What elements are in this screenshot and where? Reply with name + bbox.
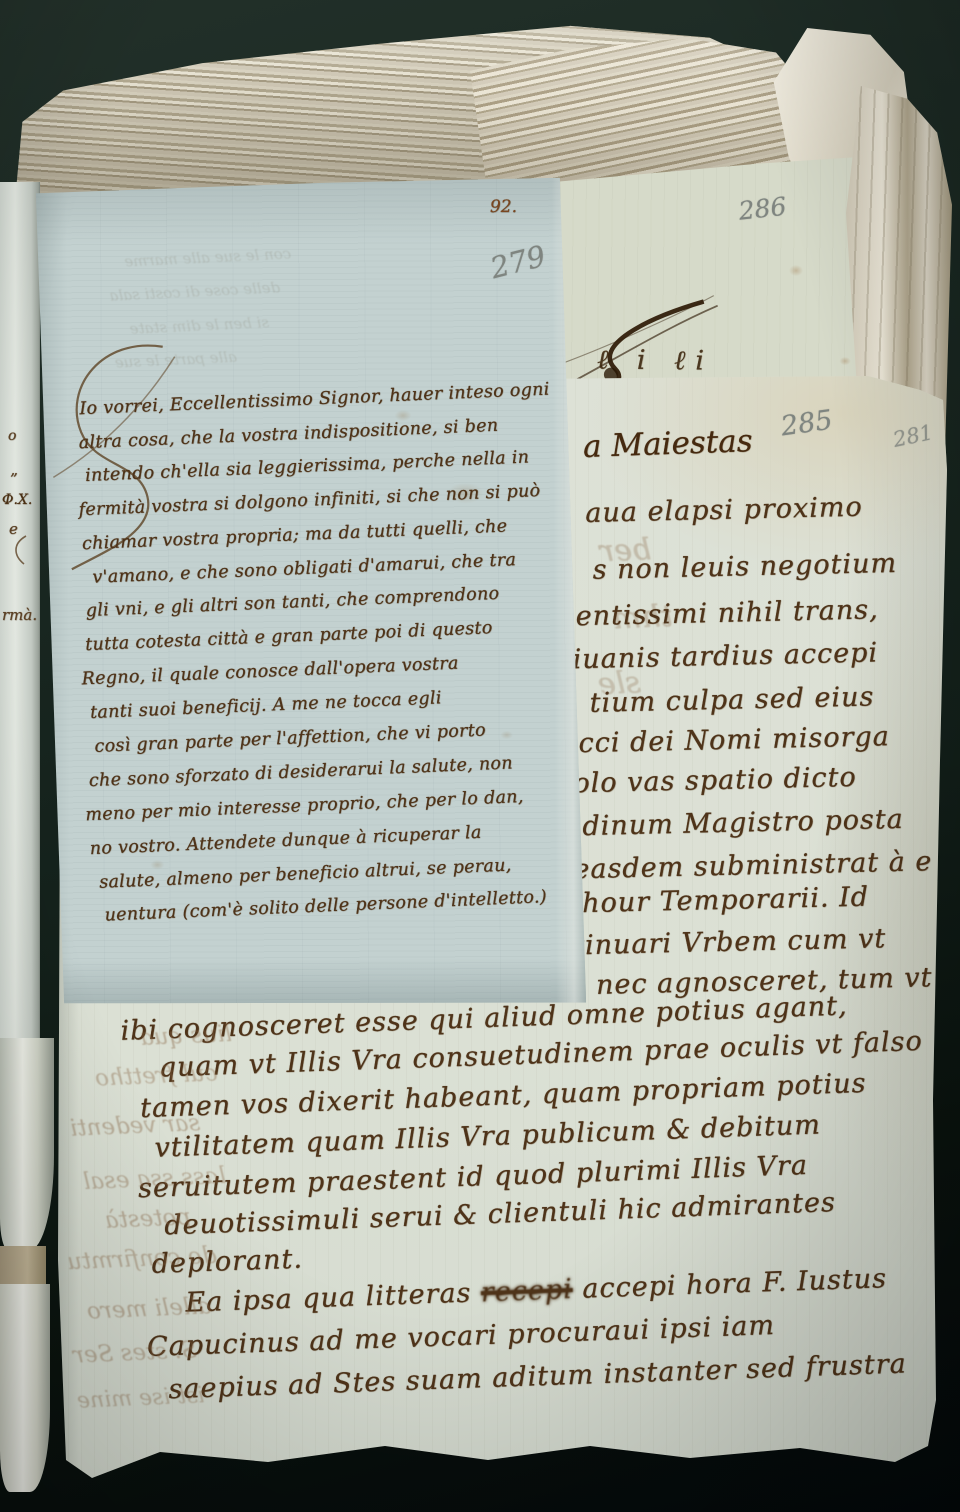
latin-column-line: tinuari Vrbem cum vt [573,923,887,961]
latin-column-line: tium culpa sed eius [589,681,874,718]
folio-281-pencil: 281 [891,420,935,452]
latin-column-line: aua elapsi proximo [585,492,863,529]
margin-flourish [6,534,34,568]
italian-line: uentura (com'è solito delle persone d'in… [104,887,547,926]
italian-letter-leaf: 92. 279 con le sue alle marme delle cose… [34,175,588,1020]
folio-279-pencil: 279 [487,239,549,286]
latin-column-line: hour Temporarii. Id [582,882,869,920]
closing-text: accepi hora F. Iustus [572,1263,887,1305]
folio-92-ink: 92. [490,197,517,217]
bleedthrough-fragment: lius qua [139,1021,232,1051]
latin-column-line: olo vas spatio dicto [573,762,857,799]
back-leaf-script-fragment: ℓ i ℓi [597,344,714,376]
latin-column-line: iuanis tardius accepi [572,637,878,675]
margin-fragment: Φ.X. [2,492,32,508]
latin-column-line: dinum Magistro posta [582,804,904,842]
italian-line: no vostro. Attendete dunque à ricuperar … [89,823,482,859]
closing-text: Ea ipsa qua litteras [185,1277,481,1318]
curled-page-edge [0,1284,50,1492]
bleedthrough-fragment: ist ise mine [77,1383,206,1414]
left-page-strip: o ” Φ.X. e rmà. [0,182,40,1084]
bleedthrough-fragment: delle cose di costi sala [109,278,280,304]
margin-fragment: o [8,428,16,444]
bleedthrough-fragment: cul frettho [94,1060,218,1091]
latin-column-line: s non leuis negotium [592,548,897,586]
italian-line: che sono sforzato di desiderarui la salu… [89,753,514,791]
strikethrough-word: recepi [480,1274,573,1308]
italian-line: Regno, il quale conosce dall'opera vostr… [81,654,459,690]
folio-286-pencil: 286 [737,192,788,226]
margin-fragment: ” [10,470,18,488]
bleedthrough-fragment: alleli mero [86,1293,211,1324]
bleedthrough-fragment: potestà [104,1204,191,1234]
latin-column-line: easdem subministrat à e [573,846,933,885]
latin-closing-line: Capucinus ad me vocari procuraui ipsi ia… [146,1310,775,1363]
folio-285-pencil: 285 [779,405,834,443]
bleedthrough-fragment: con le sue alle marme [124,244,292,270]
italian-line: tutta cotesta città e gran parte poi di … [85,618,493,655]
curled-page-edge-band [0,1246,46,1288]
italian-line: tanti suoi beneficij. A me ne tocca egli [90,688,442,723]
margin-fragment: rmà. [2,606,37,624]
bleedthrough-fragment: S. stes Ser [72,1337,197,1368]
italian-line: meno per mio interesse proprio, che per … [85,787,524,825]
curled-page-edge [0,1038,54,1250]
latin-column-line: cci dei Nomi misorga [578,721,890,759]
latin-heading: a Maiestas [582,423,753,465]
italian-line: così gran parte per l'affettion, che vi … [94,720,486,756]
italian-line: gli vni, e gli altri son tanti, che comp… [85,584,499,621]
latin-column-line: entissimi nihil trans, [575,594,879,632]
italian-line: salute, almeno per beneficio altrui, se … [99,856,512,893]
manuscript-photo: { "colors": { "background": "#14211b", "… [0,0,960,1512]
